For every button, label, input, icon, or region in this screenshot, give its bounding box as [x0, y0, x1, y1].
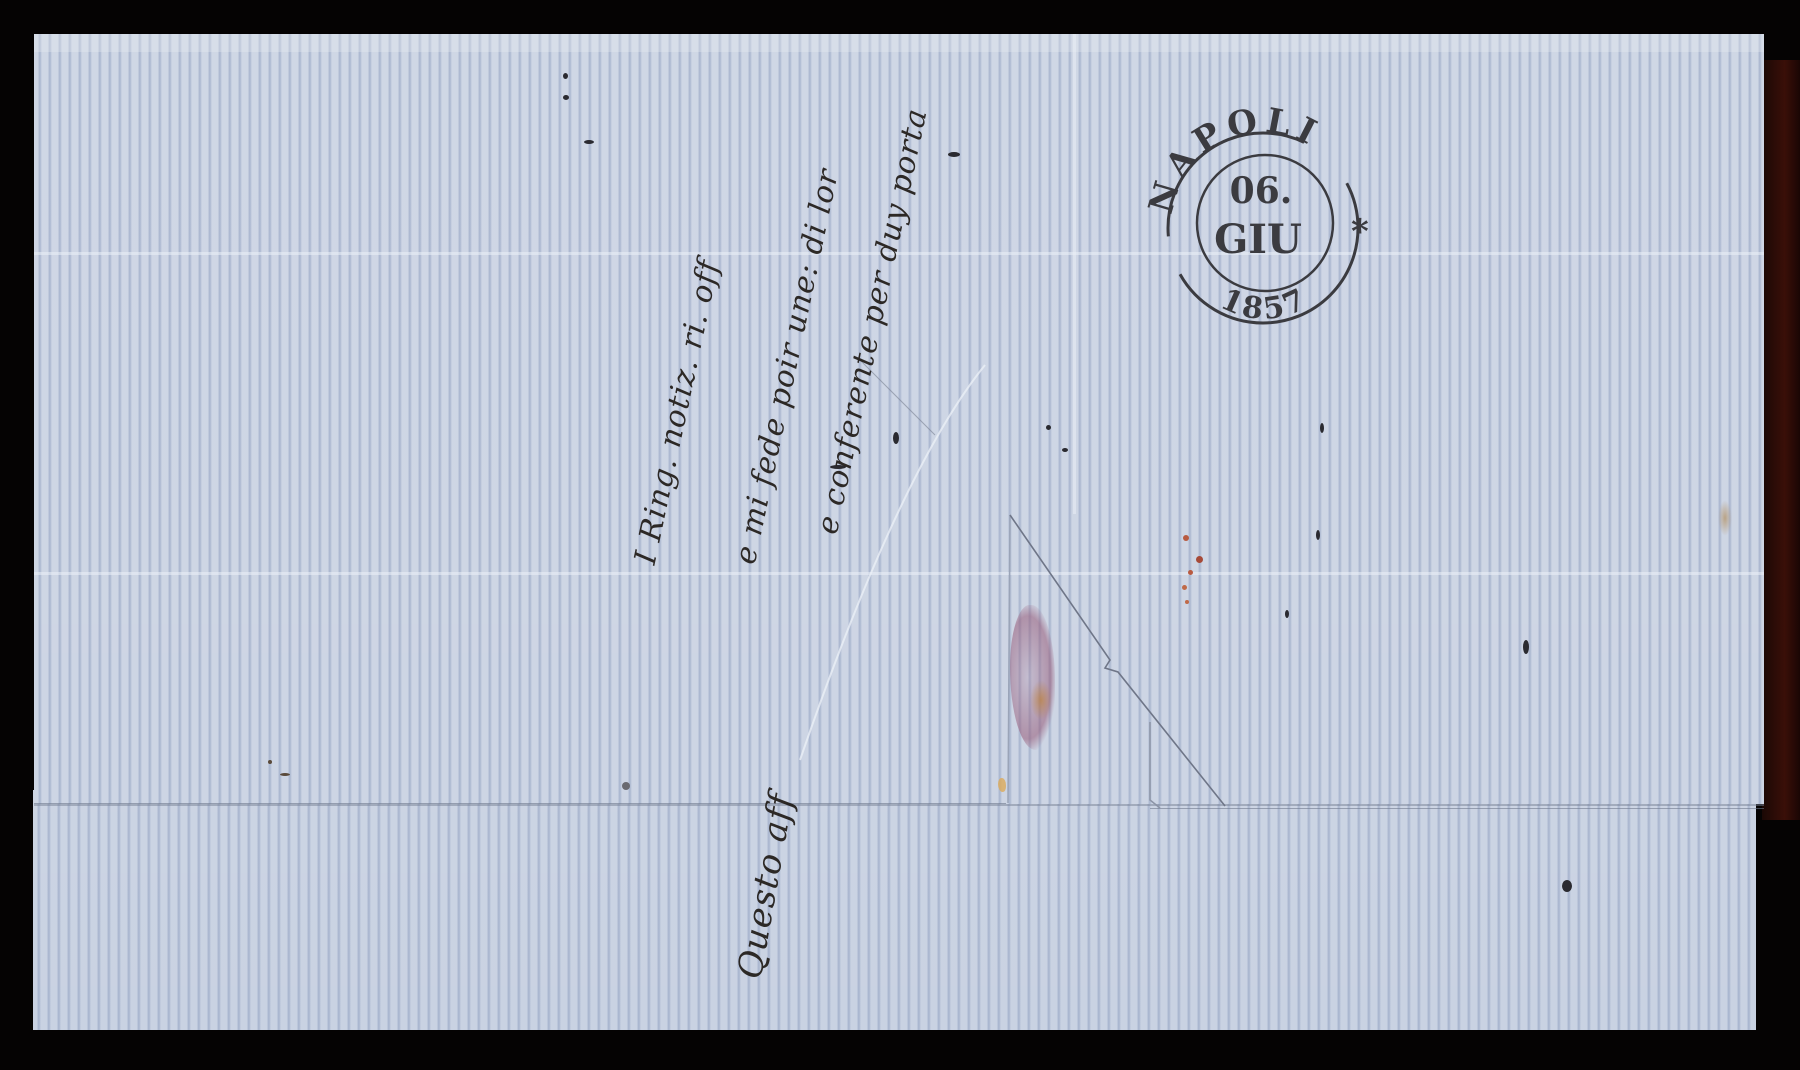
- ink-dot: [1562, 880, 1572, 892]
- postmark-ornament: *: [1351, 212, 1369, 252]
- svg-text:1857: 1857: [1216, 281, 1314, 327]
- napoli-postmark: NAPOLI 06. GIU 1857 *: [1143, 103, 1383, 343]
- postmark-month: GIU: [1214, 216, 1302, 263]
- ink-speck: [622, 782, 630, 790]
- yellow-spot: [998, 778, 1006, 792]
- red-spot: [1196, 556, 1203, 563]
- ink-speck: [584, 140, 594, 144]
- ink-speck: [893, 432, 899, 444]
- ink-speck: [268, 760, 272, 764]
- ink-speck: [948, 152, 960, 157]
- ink-speck: [563, 73, 568, 79]
- ink-speck: [1320, 423, 1324, 433]
- red-spot: [1188, 570, 1193, 575]
- ink-speck: [1285, 610, 1289, 618]
- ink-speck: [563, 95, 569, 100]
- brown-stain: [1718, 500, 1732, 536]
- ink-speck: [1062, 448, 1068, 452]
- red-spot: [1185, 600, 1189, 604]
- ink-dot: [1523, 640, 1529, 654]
- postmark-day: 06.: [1230, 170, 1293, 212]
- ink-speck: [280, 773, 290, 776]
- red-spot: [1182, 585, 1187, 590]
- red-spot: [1183, 535, 1189, 541]
- ink-speck: [1316, 530, 1320, 540]
- postmark-year: 1857: [1216, 281, 1314, 327]
- rust-stain: [1030, 680, 1052, 720]
- ink-speck: [1046, 425, 1051, 430]
